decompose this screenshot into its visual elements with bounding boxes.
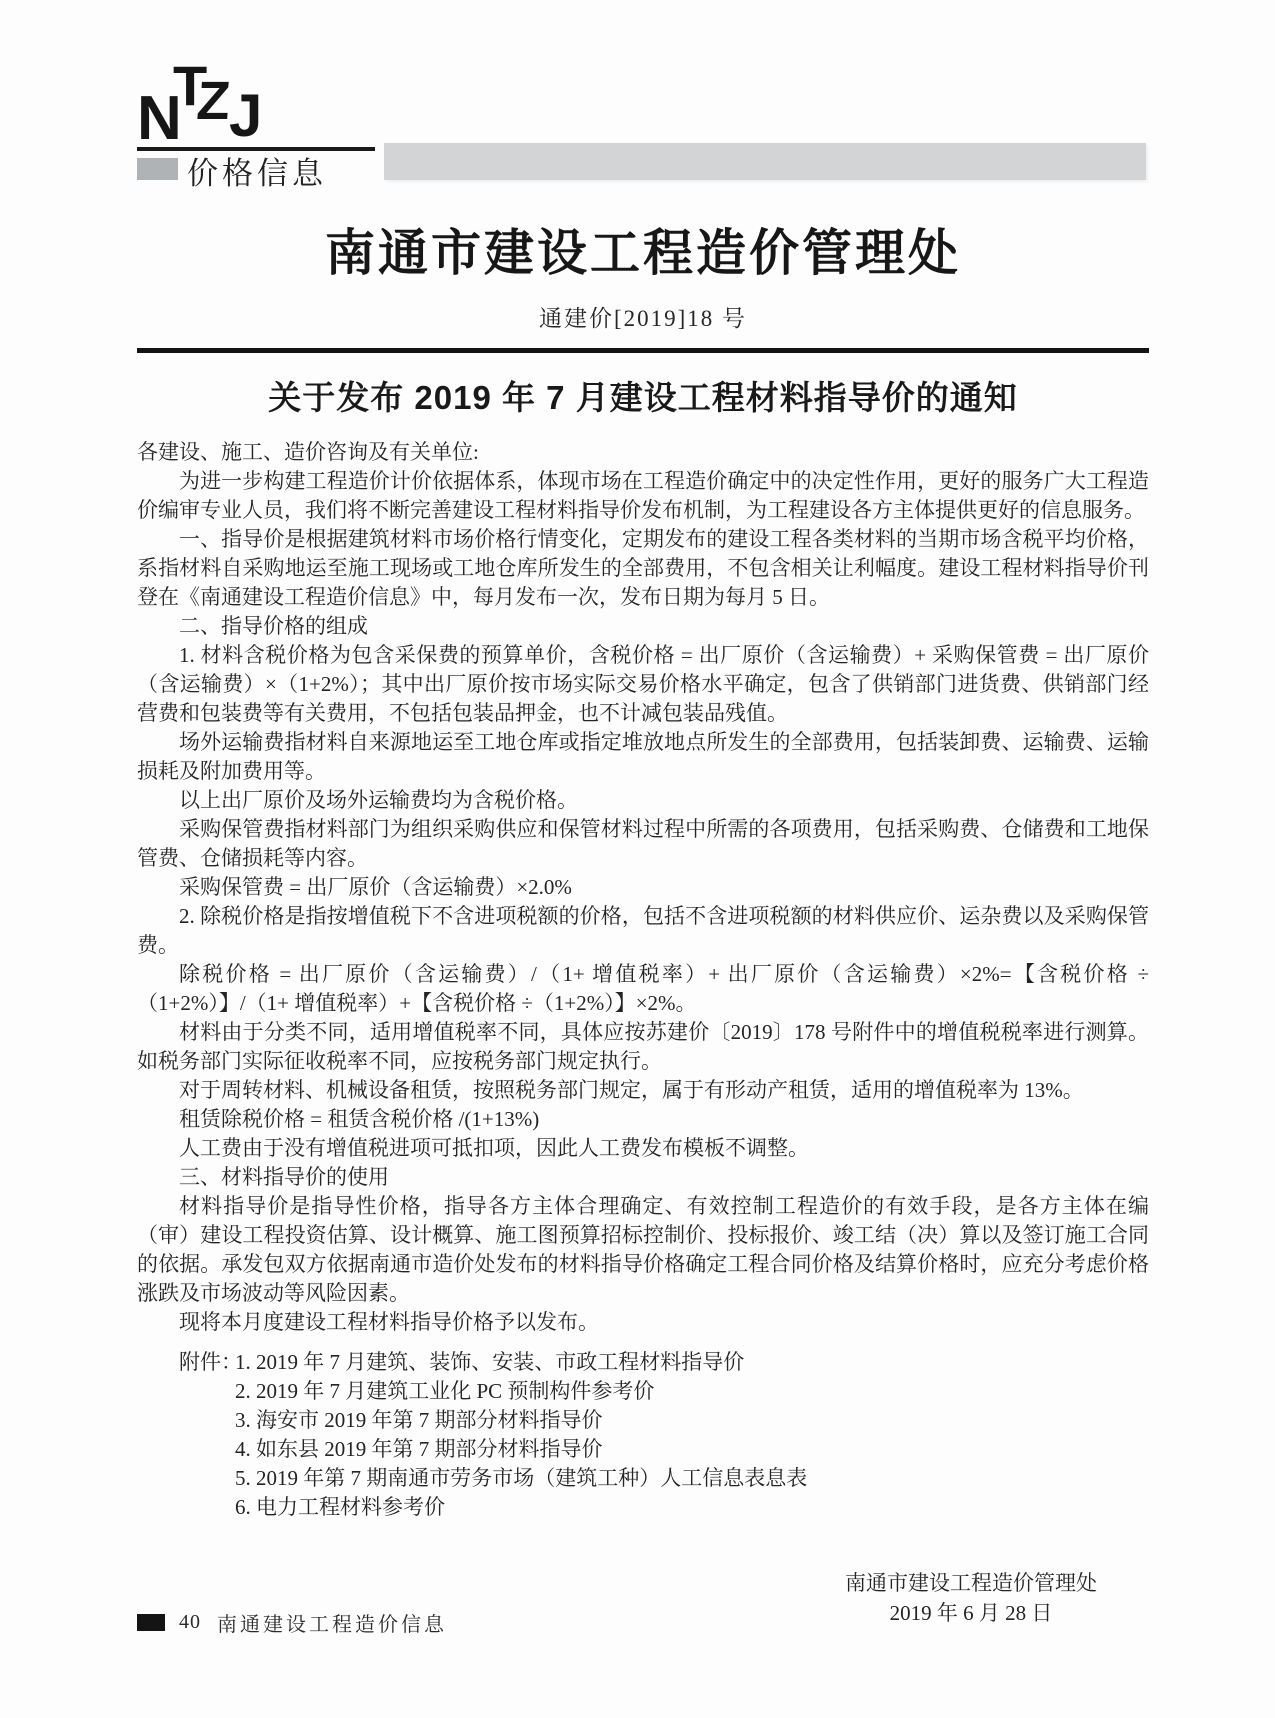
signature-organization: 南通市建设工程造价管理处	[845, 1568, 1097, 1598]
signature-block: 南通市建设工程造价管理处 2019 年 6 月 28 日	[845, 1568, 1097, 1628]
body-paragraph: 2. 除税价格是指按增值税下不含进项税额的价格，包括不含进项税额的材料供应价、运…	[137, 902, 1149, 960]
body-paragraph: 为进一步构建工程造价计价依据体系，体现市场在工程造价确定中的决定性作用，更好的服…	[137, 467, 1149, 525]
document-content: 南通市建设工程造价管理处 通建价[2019]18 号 关于发布 2019 年 7…	[137, 222, 1149, 1628]
body-paragraph: 对于周转材料、机械设备租赁，按照税务部门规定，属于有形动产租赁，适用的增值税率为…	[137, 1076, 1149, 1105]
logo-letter-j: J	[229, 86, 260, 146]
footer-publication-title: 南通建设工程造价信息	[217, 1608, 447, 1637]
attachment-item: 4. 如东县 2019 年第 7 期部分材料指导价	[137, 1435, 1149, 1464]
body-paragraph: 场外运输费指材料自来源地运至工地仓库或指定堆放地点所发生的全部费用，包括装卸费、…	[137, 728, 1149, 786]
tagline-marker-square	[137, 158, 178, 180]
attachment-item: 5. 2019 年第 7 期南通市劳务市场（建筑工种）人工信息表息表	[137, 1464, 1149, 1493]
logo-letter-z: Z	[195, 74, 230, 128]
attachment-item: 2. 2019 年 7 月建筑工业化 PC 预制构件参考价	[137, 1377, 1149, 1406]
body-paragraph: 1. 材料含税价格为包含采保费的预算单价，含税价格 = 出厂原价（含运输费）+ …	[137, 641, 1149, 728]
body-paragraph: 除税价格 = 出厂原价（含运输费）/（1+ 增值税率）+ 出厂原价（含运输费）×…	[137, 960, 1149, 1018]
attachment-item: 1. 2019 年 7 月建筑、装饰、安装、市政工程材料指导价	[137, 1348, 1149, 1377]
body-paragraph: 材料由于分类不同，适用增值税率不同，具体应按苏建价〔2019〕178 号附件中的…	[137, 1018, 1149, 1076]
document-number: 通建价[2019]18 号	[137, 300, 1149, 333]
body-paragraph: 人工费由于没有增值税进项可抵扣项，因此人工费发布模板不调整。	[137, 1134, 1149, 1163]
document-title: 南通市建设工程造价管理处	[137, 222, 1149, 284]
masthead-tagline: 价格信息	[187, 148, 327, 193]
body-paragraph: 三、材料指导价的使用	[137, 1163, 1149, 1192]
signature-date: 2019 年 6 月 28 日	[845, 1598, 1097, 1628]
notice-body: 各建设、施工、造价咨询及有关单位: 为进一步构建工程造价计价依据体系，体现市场在…	[137, 438, 1149, 1522]
notice-heading: 关于发布 2019 年 7 月建设工程材料指导价的通知	[137, 372, 1149, 419]
attachment-item: 3. 海安市 2019 年第 7 期部分材料指导价	[137, 1406, 1149, 1435]
body-paragraph: 以上出厂原价及场外运输费均为含税价格。	[137, 786, 1149, 815]
body-paragraph: 采购保管费指材料部门为组织采购供应和保管材料过程中所需的各项费用，包括采购费、仓…	[137, 815, 1149, 873]
body-paragraphs: 为进一步构建工程造价计价依据体系，体现市场在工程造价确定中的决定性作用，更好的服…	[137, 467, 1149, 1337]
salutation: 各建设、施工、造价咨询及有关单位:	[137, 438, 1149, 467]
page-footer: 40 南通建设工程造价信息	[137, 1608, 447, 1637]
attachment-item: 6. 电力工程材料参考价	[137, 1493, 1149, 1522]
body-paragraph: 租赁除税价格 = 租赁含税价格 /(1+13%)	[137, 1105, 1149, 1134]
attachments-list: 1. 2019 年 7 月建筑、装饰、安装、市政工程材料指导价2. 2019 年…	[137, 1348, 1149, 1522]
footer-marker-square	[137, 1614, 165, 1631]
attachments-label: 附件：	[179, 1348, 242, 1377]
body-paragraph: 采购保管费 = 出厂原价（含运输费）×2.0%	[137, 873, 1149, 902]
body-paragraph: 一、指导价是根据建筑材料市场价格行情变化，定期发布的建设工程各类材料的当期市场含…	[137, 525, 1149, 612]
title-rule	[137, 348, 1149, 353]
attachments-block: 附件： 1. 2019 年 7 月建筑、装饰、安装、市政工程材料指导价2. 20…	[137, 1348, 1149, 1522]
header-gray-bar	[384, 143, 1146, 180]
footer-page-number: 40	[179, 1611, 201, 1634]
body-paragraph: 现将本月度建设工程材料指导价格予以发布。	[137, 1308, 1149, 1337]
body-paragraph: 材料指导价是指导性价格，指导各方主体合理确定、有效控制工程造价的有效手段，是各方…	[137, 1192, 1149, 1308]
ntzj-logo: N T Z J	[137, 66, 277, 148]
body-paragraph: 二、指导价格的组成	[137, 612, 1149, 641]
document-page: N T Z J 价格信息 南通市建设工程造价管理处 通建价[2019]18 号 …	[0, 0, 1275, 1718]
